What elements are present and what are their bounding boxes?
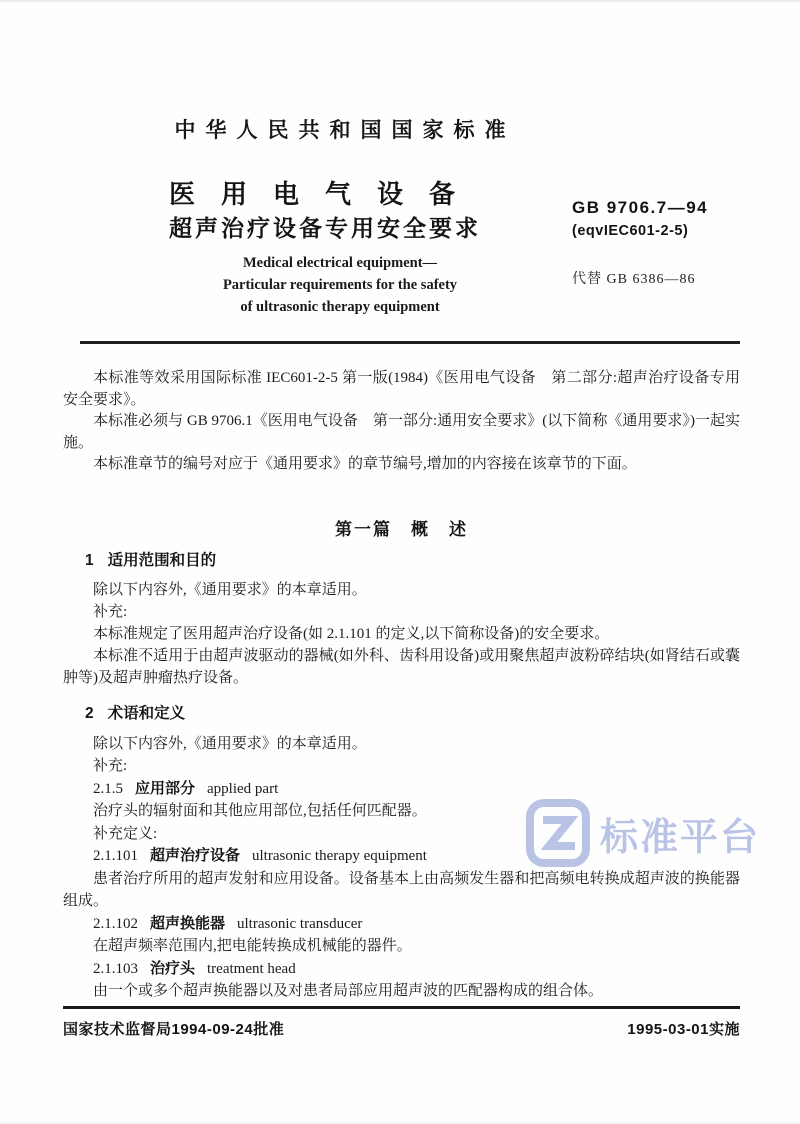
equivalence-note: (eqvIEC601-2-5): [572, 223, 708, 239]
definition-body: 由一个或多个超声换能器以及对患者局部应用超声波的匹配器构成的组合体。: [63, 980, 740, 1003]
definition-term-en: ultrasonic transducer: [237, 916, 362, 932]
foreword-paragraph: 本标准等效采用国际标准 IEC601-2-5 第一版(1984)《医用电气设备 …: [63, 368, 740, 411]
replaces-note: 代替 GB 6386—86: [572, 268, 695, 288]
body-paragraph: 除以下内容外,《通用要求》的本章适用。: [63, 733, 740, 756]
definition-number: 2.1.102: [93, 916, 138, 932]
definition-term: 超声治疗设备: [150, 847, 240, 864]
definition-term-line: 2.1.5应用部分applied part: [63, 778, 740, 801]
definition-term: 应用部分: [135, 780, 195, 797]
definition-number: 2.1.103: [93, 961, 138, 977]
header-divider: [80, 341, 740, 344]
document-title-en: Medical electrical equipment— Particular…: [80, 252, 600, 318]
body-paragraph: 本标准规定了医用超声治疗设备(如 2.1.101 的定义,以下简称设备)的安全要…: [63, 623, 740, 645]
body-paragraph: 本标准不适用于由超声波驱动的器械(如外科、齿科用设备)或用聚焦超声波粉碎结块(如…: [63, 645, 740, 689]
body-paragraph: 补充:: [63, 601, 740, 623]
page-footer: 国家技术监督局1994-09-24批准 1995-03-01实施: [63, 1006, 740, 1039]
definition-term: 治疗头: [150, 960, 195, 977]
foreword-paragraph: 本标准章节的编号对应于《通用要求》的章节编号,增加的内容接在该章节的下面。: [63, 454, 740, 476]
definition-term-en: applied part: [207, 781, 278, 797]
foreword-paragraph: 本标准必须与 GB 9706.1《医用电气设备 第一部分:通用安全要求》(以下简…: [63, 411, 740, 454]
implementation-text: 1995-03-01实施: [627, 1018, 740, 1039]
standard-number: GB 9706.7—94: [572, 198, 708, 218]
section-terms-definitions: 2术语和定义 除以下内容外,《通用要求》的本章适用。 补充: 2.1.5应用部分…: [63, 703, 740, 1003]
body-paragraph: 补充:: [63, 755, 740, 778]
definition-term: 超声换能器: [150, 915, 225, 932]
standard-number-block: GB 9706.7—94 (eqvIEC601-2-5): [572, 198, 708, 239]
definition-body: 患者治疗所用的超声发射和应用设备。设备基本上由高频发生器和把高频电转换成超声波的…: [63, 868, 740, 913]
body-paragraph: 除以下内容外,《通用要求》的本章适用。: [63, 579, 740, 601]
definition-term-en: treatment head: [207, 961, 296, 977]
document-title-zh-line1: 医用电气设备: [65, 174, 585, 211]
definition-body: 在超声频率范围内,把电能转换成机械能的器件。: [63, 935, 740, 958]
document-title-zh-line2: 超声治疗设备专用安全要求: [65, 210, 585, 243]
part-heading: 第一篇 概 述: [63, 515, 740, 540]
definition-term-en: ultrasonic therapy equipment: [252, 848, 427, 864]
section-number: 2: [85, 705, 94, 722]
section-number: 1: [85, 552, 94, 569]
section-title: 术语和定义: [108, 705, 186, 722]
definition-number: 2.1.101: [93, 848, 138, 864]
definition-term-line: 2.1.101超声治疗设备ultrasonic therapy equipmen…: [63, 845, 740, 868]
foreword: 本标准等效采用国际标准 IEC601-2-5 第一版(1984)《医用电气设备 …: [63, 368, 740, 476]
definition-body: 治疗头的辐射面和其他应用部位,包括任何匹配器。: [63, 800, 740, 823]
definition-term-line: 2.1.102超声换能器ultrasonic transducer: [63, 913, 740, 936]
document-title-en-line3: of ultrasonic therapy equipment: [80, 296, 600, 318]
approval-text: 国家技术监督局1994-09-24批准: [63, 1018, 284, 1039]
standard-document-page: 标准平台 中华人民共和国国家标准 医用电气设备 超声治疗设备专用安全要求 Med…: [0, 0, 800, 1124]
definition-number: 2.1.5: [93, 781, 123, 797]
document-title-en-line1: Medical electrical equipment—: [80, 252, 600, 274]
supplement-note: 补充定义:: [63, 823, 740, 846]
definition-term-line: 2.1.103治疗头treatment head: [63, 958, 740, 981]
document-title-en-line2: Particular requirements for the safety: [80, 274, 600, 296]
section-scope: 1适用范围和目的 除以下内容外,《通用要求》的本章适用。 补充: 本标准规定了医…: [63, 550, 740, 689]
section-title: 适用范围和目的: [108, 552, 217, 569]
section-heading: 2术语和定义: [63, 703, 740, 726]
standard-type-heading: 中华人民共和国国家标准: [85, 114, 605, 144]
section-heading: 1适用范围和目的: [63, 550, 740, 572]
